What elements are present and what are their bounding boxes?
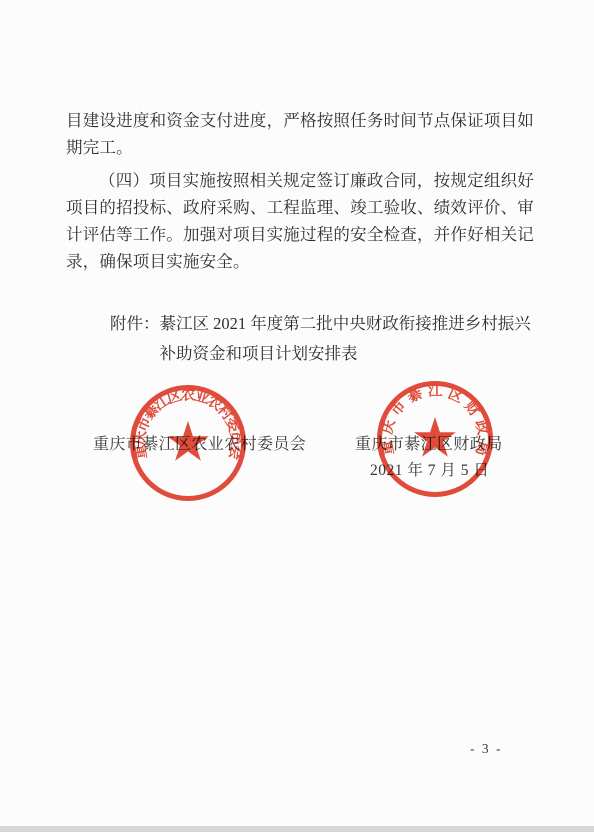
- attachment-title-line1: 綦江区 2021 年度第二批中央财政衔接推进乡村振兴: [160, 309, 531, 339]
- scan-edge-strip: [0, 826, 594, 832]
- official-seal-finance-icon: 重庆市綦江区财政局: [374, 378, 496, 500]
- seal-star-icon: [167, 421, 209, 461]
- official-seal-agriculture-icon: 重庆市綦江区农业农村委员会: [127, 382, 249, 504]
- attachment-reference: 附件： 綦江区 2021 年度第二批中央财政衔接推进乡村振兴 补助资金和项目计划…: [110, 309, 531, 369]
- attachment-title: 綦江区 2021 年度第二批中央财政衔接推进乡村振兴 补助资金和项目计划安排表: [160, 309, 531, 369]
- paragraph-item-four: （四）项目实施按照相关规定签订廉政合同，按规定组织好项目的招投标、政府采购、工程…: [66, 167, 534, 275]
- page-number: - 3 -: [470, 741, 503, 757]
- paragraph-continuation: 目建设进度和资金支付进度，严格按照任务时间节点保证项目如期完工。: [66, 107, 534, 161]
- seal-star-icon: [414, 417, 456, 457]
- attachment-label: 附件：: [110, 309, 160, 369]
- attachment-title-line2: 补助资金和项目计划安排表: [160, 339, 531, 369]
- scanned-document-page: 目建设进度和资金支付进度，严格按照任务时间节点保证项目如期完工。 （四）项目实施…: [0, 0, 594, 832]
